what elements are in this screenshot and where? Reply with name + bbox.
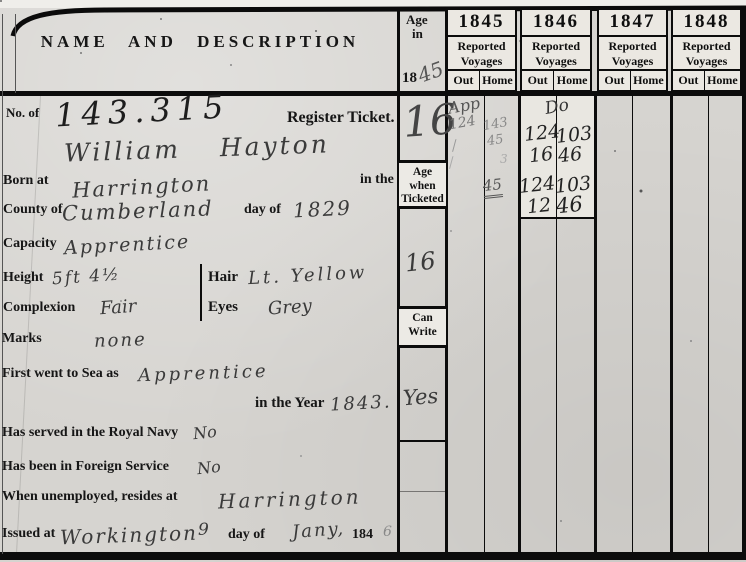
reported-voyages-label: Reported Voyages bbox=[599, 37, 666, 71]
foreign-service-value: No bbox=[196, 457, 221, 478]
reported-line2: Voyages bbox=[673, 54, 740, 69]
field-label-eyes: Eyes bbox=[208, 299, 238, 316]
divider-1847-out-home bbox=[632, 94, 633, 552]
first-sea-year: 1843. bbox=[329, 391, 392, 415]
out-home-row: Out Home bbox=[522, 71, 590, 90]
reported-line2: Voyages bbox=[522, 54, 590, 69]
divider-1847-1848 bbox=[670, 94, 673, 552]
middle-column-faint-line bbox=[399, 491, 446, 492]
complexion-value: Fair bbox=[99, 296, 137, 319]
year-label-1845: 1845 bbox=[448, 10, 515, 37]
out-home-row: Out Home bbox=[673, 71, 740, 90]
bottom-border bbox=[0, 552, 746, 560]
voyage-1846-row4-home: 46 bbox=[555, 192, 584, 219]
home-header: Home bbox=[705, 71, 740, 90]
height-value: 5ft 4½ bbox=[51, 265, 121, 290]
column-header-1845: 1845 Reported Voyages Out Home bbox=[446, 8, 517, 92]
can-write-line1: Can bbox=[399, 312, 446, 326]
field-label-capacity: Capacity bbox=[3, 236, 57, 252]
divider-1845-1846 bbox=[518, 94, 521, 552]
age-in-year-handwritten: 45 bbox=[415, 56, 447, 87]
divider-1848-out-home bbox=[708, 94, 709, 552]
age-when-ticketed-value: 16 bbox=[404, 246, 437, 277]
marks-value: none bbox=[94, 329, 147, 352]
voyage-1845-home-entry4: 45 bbox=[482, 175, 503, 199]
reported-voyages-label: Reported Voyages bbox=[522, 37, 590, 71]
year-label-1848: 1848 bbox=[673, 10, 740, 37]
can-write-value: Yes bbox=[402, 384, 439, 410]
reported-line2: Voyages bbox=[448, 54, 515, 69]
divider-1846-1847 bbox=[594, 94, 597, 552]
divider-1845-out-home bbox=[484, 94, 485, 552]
field-label-no-of: No. of bbox=[6, 105, 39, 121]
voyage-1845-out-ditto2: / bbox=[447, 155, 455, 172]
age-when-ticketed-line2: when bbox=[399, 180, 446, 194]
voyage-1846-ditto-mark: Do bbox=[543, 95, 570, 119]
field-label-first-went-to-sea: First went to Sea as bbox=[2, 366, 119, 382]
field-label-register-ticket: Register Ticket. bbox=[287, 109, 395, 127]
voyage-1846-row2-home: 46 bbox=[557, 143, 583, 167]
reported-voyages-label: Reported Voyages bbox=[673, 37, 740, 71]
register-ticket-document: NAME AND DESCRIPTION Age in 18 45 1845 R… bbox=[0, 0, 746, 562]
name-column-right-border bbox=[397, 10, 400, 554]
voyage-1846-row4-out: 12 bbox=[526, 194, 552, 218]
reported-line1: Reported bbox=[673, 39, 740, 54]
field-label-issued-day-of: day of bbox=[228, 527, 265, 543]
out-header: Out bbox=[599, 71, 631, 90]
issued-year-handwritten: 6 bbox=[383, 524, 392, 540]
right-edge-border bbox=[742, 10, 746, 554]
field-label-county-of: County of bbox=[3, 202, 63, 218]
first-sea-capacity: Apprentice bbox=[138, 361, 269, 387]
age-in-label-line2: in bbox=[412, 26, 423, 42]
column-header-1846: 1846 Reported Voyages Out Home bbox=[520, 8, 592, 92]
issued-place: Workington bbox=[60, 521, 199, 550]
field-label-marks: Marks bbox=[2, 331, 42, 347]
resides-value: Harrington bbox=[218, 485, 362, 514]
field-label-born-at: Born at bbox=[3, 173, 49, 189]
scan-crease-line bbox=[16, 96, 41, 553]
age-when-ticketed-line1: Age bbox=[399, 166, 446, 180]
issued-year-printed: 184 bbox=[352, 527, 373, 543]
reported-line1: Reported bbox=[522, 39, 590, 54]
birth-year: 1829 bbox=[292, 195, 352, 222]
field-label-resides-at: When unemployed, resides at bbox=[2, 489, 178, 505]
out-header: Out bbox=[448, 71, 480, 90]
reported-voyages-label: Reported Voyages bbox=[448, 37, 515, 71]
field-label-issued-at: Issued at bbox=[2, 526, 55, 542]
home-header: Home bbox=[631, 71, 666, 90]
height-hair-divider bbox=[200, 264, 202, 321]
out-home-row: Out Home bbox=[448, 71, 515, 90]
voyage-1846-row2-out: 16 bbox=[528, 143, 554, 167]
page-title: NAME AND DESCRIPTION bbox=[10, 32, 390, 52]
voyage-1845-home-entry1: 143 bbox=[482, 115, 509, 134]
hair-value: Lt. Yellow bbox=[248, 262, 368, 289]
field-label-complexion: Complexion bbox=[3, 300, 75, 316]
year-label-1847: 1847 bbox=[599, 10, 666, 37]
field-label-height: Height bbox=[3, 270, 43, 286]
field-label-in-the: in the bbox=[360, 172, 394, 188]
reported-line1: Reported bbox=[448, 39, 515, 54]
field-label-royal-navy: Has served in the Royal Navy bbox=[2, 425, 178, 441]
age-when-ticketed-box: Age when Ticketed bbox=[399, 160, 446, 209]
field-label-foreign-service: Has been in Foreign Service bbox=[2, 459, 169, 475]
column-header-1847: 1847 Reported Voyages Out Home bbox=[597, 8, 668, 92]
column-header-1848: 1848 Reported Voyages Out Home bbox=[671, 8, 742, 92]
field-label-hair: Hair bbox=[208, 269, 238, 286]
year-label-1846: 1846 bbox=[522, 10, 590, 37]
age-in-year-printed: 18 bbox=[402, 70, 417, 87]
can-write-line2: Write bbox=[399, 326, 446, 340]
reported-line2: Voyages bbox=[599, 54, 666, 69]
left-inner-line bbox=[15, 14, 16, 93]
voyage-1845-home-entry3: 3 bbox=[500, 152, 508, 166]
out-home-row: Out Home bbox=[599, 71, 666, 90]
capacity-value: Apprentice bbox=[64, 231, 191, 260]
home-header: Home bbox=[480, 71, 515, 90]
reported-line1: Reported bbox=[599, 39, 666, 54]
field-label-day-of: day of bbox=[244, 202, 281, 218]
voyage-1846-row3-out: 124 bbox=[518, 172, 556, 198]
issued-day: 9 bbox=[198, 520, 209, 540]
county: Cumberland bbox=[62, 196, 214, 225]
ticket-number: 143.315 bbox=[54, 87, 230, 134]
middle-column-divider-line bbox=[399, 440, 446, 442]
divider-1846-out-home bbox=[556, 94, 557, 552]
out-header: Out bbox=[522, 71, 554, 90]
can-write-box: Can Write bbox=[399, 306, 446, 348]
issued-month: Jany, bbox=[291, 518, 345, 543]
age-when-ticketed-line3: Ticketed bbox=[399, 193, 446, 207]
home-header: Home bbox=[554, 71, 590, 90]
seaman-name: William Hayton bbox=[64, 129, 331, 167]
eyes-value: Grey bbox=[267, 295, 312, 319]
voyage-1845-out-entry2: 124 bbox=[448, 113, 477, 133]
royal-navy-value: No bbox=[192, 422, 217, 443]
out-header: Out bbox=[673, 71, 705, 90]
voyage-1845-home-entry2: 45 bbox=[486, 132, 504, 149]
field-label-in-the-year: in the Year bbox=[255, 395, 324, 412]
